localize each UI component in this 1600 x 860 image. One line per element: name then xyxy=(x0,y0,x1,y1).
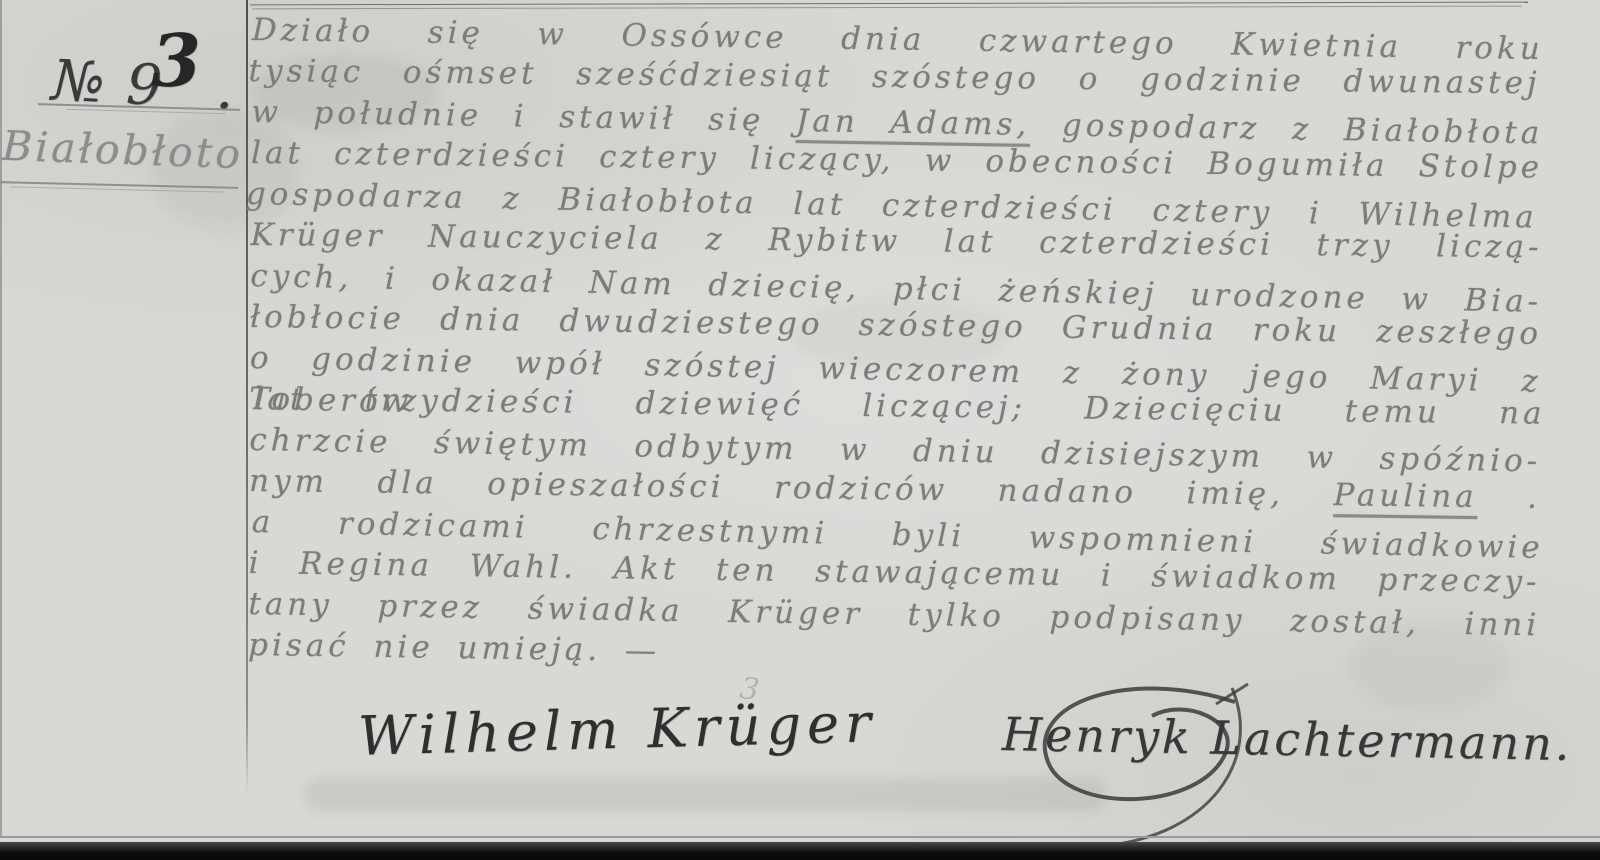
scan-edge-band xyxy=(0,842,1600,860)
scan-edge-line xyxy=(0,836,1600,838)
underlined-name: Paulina xyxy=(1333,477,1478,515)
text-segment: . xyxy=(1477,479,1541,516)
top-rule-line-double xyxy=(252,6,1522,10)
top-rule-line xyxy=(250,2,1528,6)
margin-place-name: Białobłoto xyxy=(1,122,244,178)
act-body-text: Działo się w Ossówce dnia czwartego Kwie… xyxy=(248,10,1544,674)
margin-rule-line xyxy=(246,0,248,795)
signature-wilhelm-krueger: Wilhelm Krüger xyxy=(357,691,877,768)
document-scan: № 93. Białobłoto Działo się w Ossówce dn… xyxy=(0,0,1600,860)
text-segment: w południe i stawił się xyxy=(251,94,796,139)
scan-edge-left xyxy=(0,0,2,838)
act-number-digit-overwritten: 3 xyxy=(151,17,205,103)
signature-lachtermann: Henryk Lachtermann. xyxy=(1002,707,1573,771)
text-segment: pisać nie umieją. — xyxy=(248,627,660,669)
underlined-name: Jan Adams, xyxy=(796,103,1031,143)
